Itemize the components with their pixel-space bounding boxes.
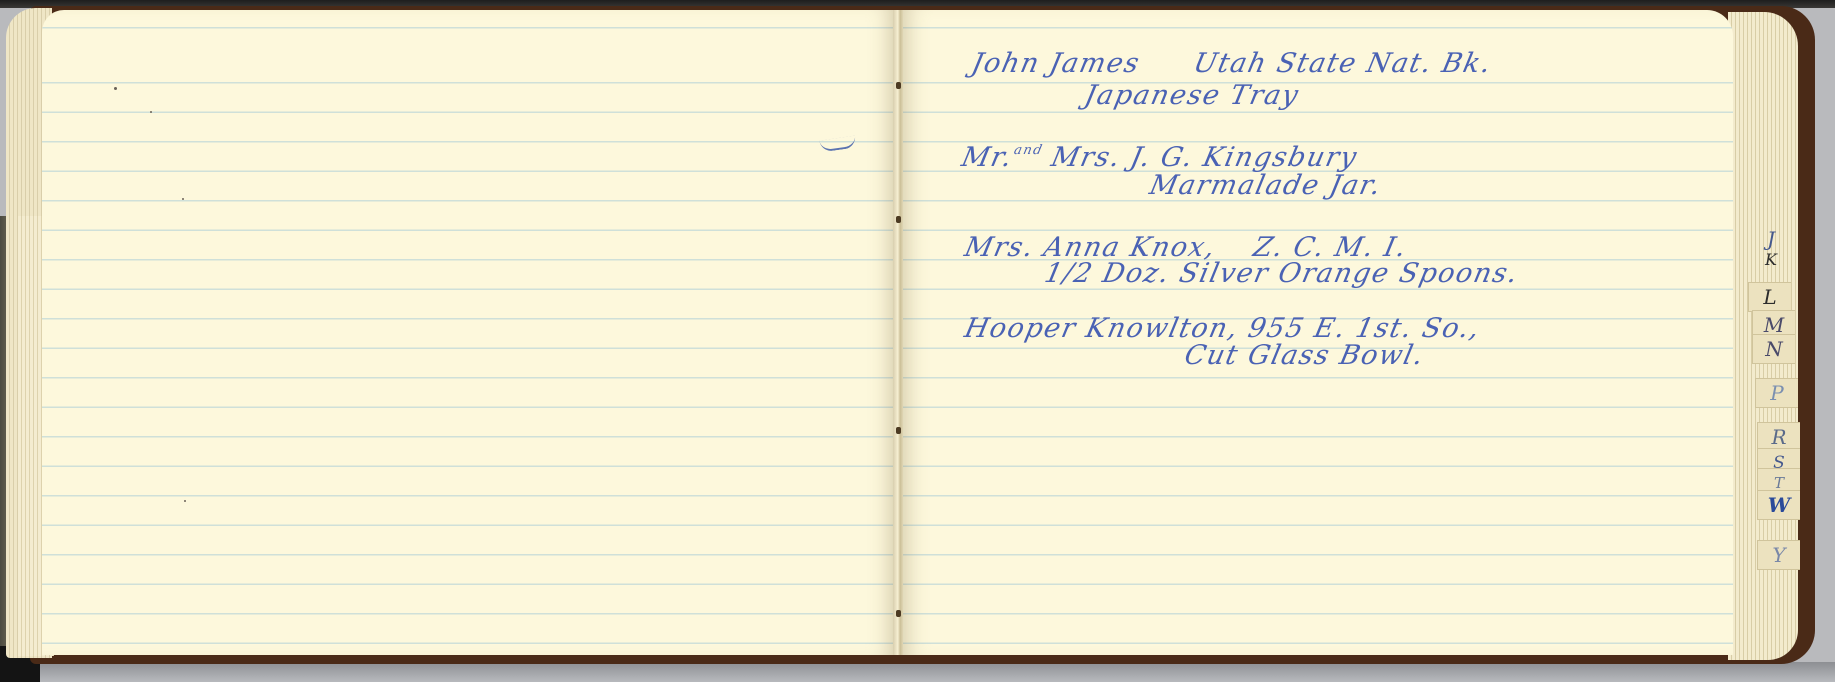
entry-2-gift: Marmalade Jar.: [1147, 170, 1385, 201]
paper-speck: [184, 500, 186, 502]
index-tab-k[interactable]: K: [1750, 246, 1792, 274]
entry-1-affiliation: Utah State Nat. Bk.: [1191, 48, 1495, 79]
index-tab-y[interactable]: Y: [1757, 540, 1800, 570]
entry-2-name: Mrs. J. G. Kingsbury: [1048, 142, 1360, 173]
paper-speck: [182, 198, 184, 200]
entry-1-gift: Japanese Tray: [1082, 80, 1302, 111]
index-tab-n[interactable]: N: [1752, 334, 1795, 364]
index-tab-w[interactable]: W: [1757, 490, 1800, 520]
paper-speck: [150, 111, 152, 113]
left-page: [42, 10, 895, 655]
background-surface: [0, 662, 1835, 682]
entry-1-line-1: John James Utah State Nat. Bk.: [969, 48, 1495, 79]
paper-speck: [114, 87, 117, 90]
entry-1-name: John James: [969, 48, 1143, 79]
binding-stitch: [896, 610, 901, 617]
entry-4-gift: Cut Glass Bowl.: [1182, 340, 1428, 371]
entry-2-prefix: Mr.: [959, 142, 1016, 173]
entry-2-conjunction: and: [1013, 143, 1045, 158]
index-tab-l[interactable]: L: [1748, 282, 1791, 312]
binding-stitch: [896, 82, 901, 89]
index-tab-p[interactable]: P: [1755, 378, 1798, 408]
binding-stitch: [896, 427, 901, 434]
entry-3-gift: 1/2 Doz. Silver Orange Spoons.: [1042, 258, 1522, 289]
entry-2-line-1: Mr.and Mrs. J. G. Kingsbury: [959, 142, 1361, 173]
binding-stitch: [896, 216, 901, 223]
